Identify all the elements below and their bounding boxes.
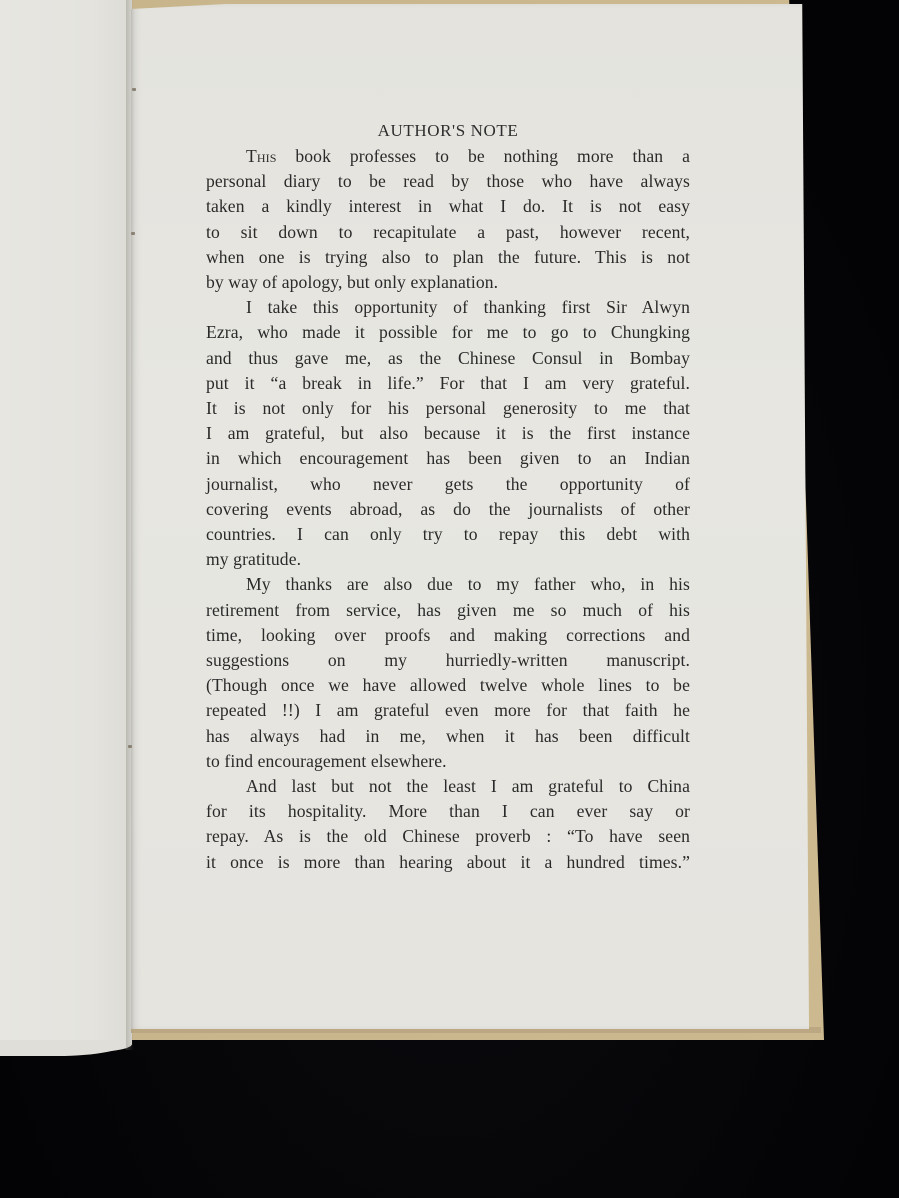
page-title: AUTHOR'S NOTE — [206, 118, 690, 144]
text-line: I take this opportunity of thanking firs… — [206, 295, 690, 320]
text-line: countries. I can only try to repay this … — [206, 522, 690, 547]
text-line: covering events abroad, as do the journa… — [206, 497, 690, 522]
binding-thread-mark — [131, 232, 135, 235]
text-line: when one is trying also to plan the futu… — [206, 245, 690, 270]
dropcap-word: This — [246, 146, 276, 166]
text-line: by way of apology, but only explanation. — [206, 270, 690, 295]
paragraph-intro: This book professes to be nothing more t… — [206, 144, 690, 295]
paragraph-thanks-china: And last but not the least I am grateful… — [206, 774, 690, 875]
text-line: put it “a break in life.” For that I am … — [206, 371, 690, 396]
text-line: My thanks are also due to my father who,… — [206, 572, 690, 597]
text-line: It is not only for his personal generosi… — [206, 396, 690, 421]
text-line: This book professes to be nothing more t… — [206, 144, 690, 169]
text-line: retirement from service, has given me so… — [206, 598, 690, 623]
text-line: my gratitude. — [206, 547, 690, 572]
text-line-rest: book professes to be nothing more than a — [276, 146, 690, 166]
text-line: has always had in me, when it has been d… — [206, 724, 690, 749]
text-line: it once is more than hearing about it a … — [206, 850, 690, 875]
text-line: to find encouragement elsewhere. — [206, 749, 690, 774]
text-line: And last but not the least I am grateful… — [206, 774, 690, 799]
text-line: repeated !!) I am grateful even more for… — [206, 698, 690, 723]
text-line: to sit down to recapitulate a past, howe… — [206, 220, 690, 245]
text-line: personal diary to be read by those who h… — [206, 169, 690, 194]
book-gutter — [126, 0, 134, 1050]
text-line: (Though once we have allowed twelve whol… — [206, 673, 690, 698]
binding-thread-mark — [128, 745, 132, 748]
text-line: journalist, who never gets the opportuni… — [206, 472, 690, 497]
text-line: for its hospitality. More than I can eve… — [206, 799, 690, 824]
text-line: repay. As is the old Chinese proverb : “… — [206, 824, 690, 849]
text-line: I am grateful, but also because it is th… — [206, 421, 690, 446]
paragraph-thanks-ezra: I take this opportunity of thanking firs… — [206, 295, 690, 572]
text-line: in which encouragement has been given to… — [206, 446, 690, 471]
text-line: time, looking over proofs and making cor… — [206, 623, 690, 648]
text-line: suggestions on my hurriedly-written manu… — [206, 648, 690, 673]
paragraph-thanks-father: My thanks are also due to my father who,… — [206, 572, 690, 774]
text-line: Ezra, who made it possible for me to go … — [206, 320, 690, 345]
text-line: taken a kindly interest in what I do. It… — [206, 194, 690, 219]
text-line: and thus gave me, as the Chinese Consul … — [206, 346, 690, 371]
page-text-block: AUTHOR'S NOTE This book professes to be … — [206, 118, 690, 875]
binding-thread-mark — [132, 88, 136, 91]
left-page — [0, 0, 132, 1052]
